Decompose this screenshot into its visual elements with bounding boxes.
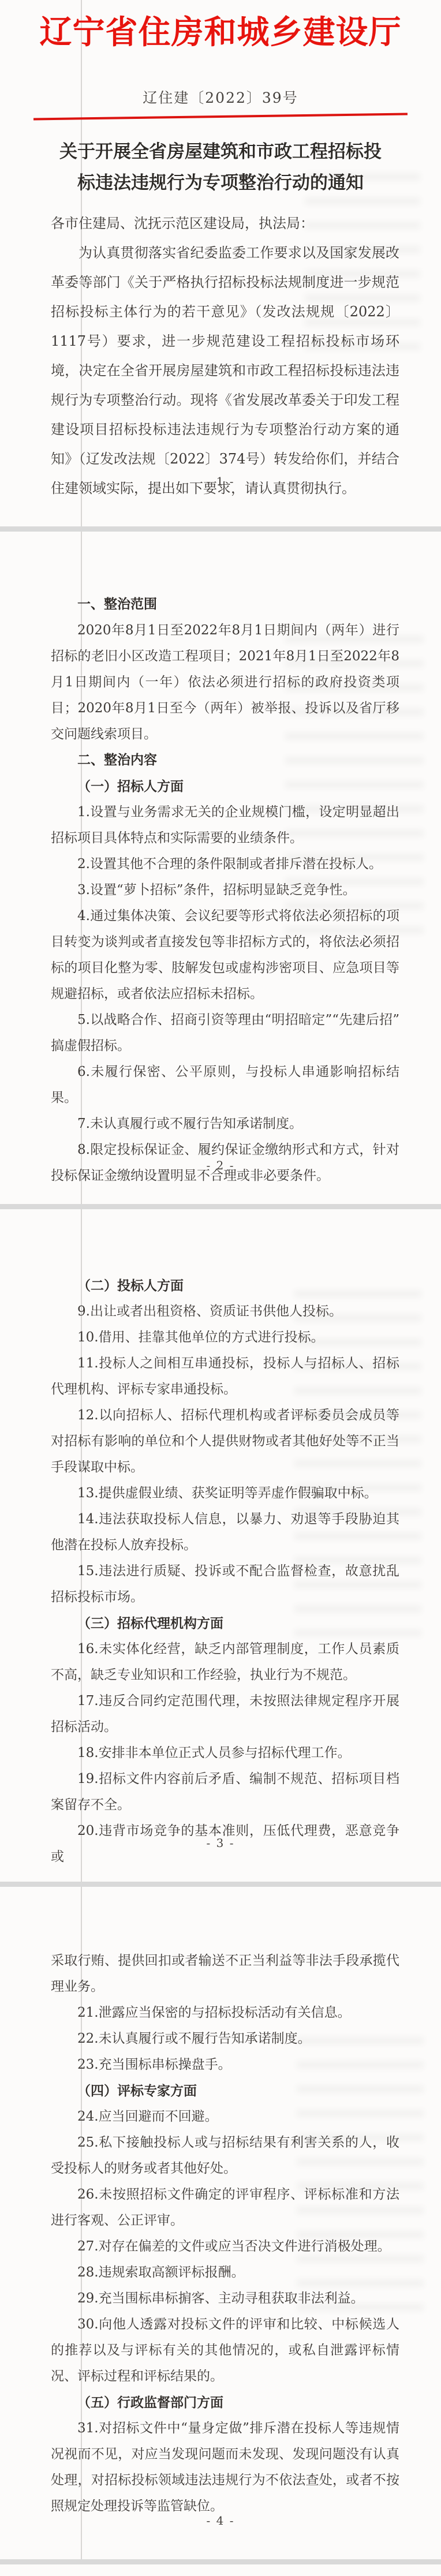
section-heading: （一）招标人方面 [51,773,399,799]
paragraph: 11.投标人之间相互串通投标，投标人与招标人、招标代理机构、评标专家串通投标。 [51,1351,399,1403]
paragraph: 17.违反合同约定范围代理，未按照法律规定程序开展招标活动。 [51,1688,399,1740]
paragraph: 28.违规索取高额评标报酬。 [51,2260,399,2286]
section-heading: 一、整治范围 [51,592,399,618]
paragraph: 13.提供虚假业绩、获奖证明等弄虚作假骗取中标。 [51,1480,399,1506]
page-number: - 1 - [0,474,441,488]
page-gap [0,1204,441,1209]
paragraph: 7.未认真履行或不履行告知承诺制度。 [51,1111,399,1137]
section-heading: （三）招标代理机构方面 [51,1610,399,1636]
paragraph: 27.对存在偏差的文件或应当否决文件进行消极处理。 [51,2234,399,2260]
paragraph: 3.设置“萝卜招标”条件，招标明显缺乏竞争性。 [51,877,399,903]
paragraph: 30.向他人透露对投标文件的评审和比较、中标候选人的推荐以及与评标有关的其他情况… [51,2312,399,2390]
paragraph: 6.未履行保密、公平原则，与投标人串通影响招标结果。 [51,1059,399,1111]
page-gap [0,2559,441,2564]
section-heading: （二）投标人方面 [51,1273,399,1299]
paragraph: 10.借用、挂靠其他单位的方式进行投标。 [51,1325,399,1351]
page-3: （二）投标人方面9.出让或者出租资格、资质证书供他人投标。10.借用、挂靠其他单… [0,1209,441,1882]
page-4: 采取行贿、提供回扣或者输送不正当利益等非法手段承揽代理业务。21.泄露应当保密的… [0,1887,441,2559]
document-title-line-1: 关于开展全省房屋建筑和市政工程招标投 [59,141,382,162]
paragraph: 采取行贿、提供回扣或者输送不正当利益等非法手段承揽代理业务。 [51,1948,399,2000]
paragraph: 为认真贯彻落实省纪委监委工作要求以及国家发展改革委等部门《关于严格执行招标投标法… [51,238,399,503]
paragraph: 29.充当围标串标掮客、主动寻租获取非法利益。 [51,2286,399,2312]
page-number: - 2 - [0,1158,441,1172]
page-5-top-edge [0,2564,441,2576]
agency-header: 辽宁省住房和城乡建设厅 [0,7,441,53]
page-1: 辽宁省住房和城乡建设厅 辽住建〔2022〕39号 关于开展全省房屋建筑和市政工程… [0,0,441,526]
paragraph: 31.对招标文件中“量身定做”排斥潜在投标人等违规情况视而不见，对应当发现问题而… [51,2416,399,2519]
page-2-body: 一、整治范围2020年8月1日至2022年8月1日期间内（两年）进行招标的老旧小… [51,592,399,1189]
doc-number: 辽住建〔2022〕39号 [0,87,441,107]
paragraph: 23.充当围标串标操盘手。 [51,2052,399,2078]
section-heading: （五）行政监督部门方面 [51,2390,399,2416]
paragraph: 21.泄露应当保密的与招标投标活动有关信息。 [51,2000,399,2026]
paragraph: 15.违法进行质疑、投诉或不配合监督检查，故意扰乱招标投标市场。 [51,1558,399,1610]
page-2: 一、整治范围2020年8月1日至2022年8月1日期间内（两年）进行招标的老旧小… [0,532,441,1204]
paragraph: 18.安排非本单位正式人员参与招标代理工作。 [51,1740,399,1766]
red-divider-line [33,113,408,120]
paragraph: 14.违法获取投标人信息，以暴力、劝退等手段胁迫其他潜在投标人放弃投标。 [51,1506,399,1558]
page-1-body: 各市住建局、沈抚示范区建设局，执法局：为认真贯彻落实省纪委监委工作要求以及国家发… [51,209,399,503]
page-number: - 4 - [0,2514,441,2528]
paragraph: 22.未认真履行或不履行告知承诺制度。 [51,2026,399,2052]
paragraph: 2020年8月1日至2022年8月1日期间内（两年）进行招标的老旧小区改造工程项… [51,618,399,747]
section-heading: 二、整治内容 [51,747,399,773]
paragraph: 25.私下接触投标人或与招标结果有利害关系的人，收受投标人的财务或者其他好处。 [51,2130,399,2182]
paragraph: 5.以战略合作、招商引资等理由“明招暗定”“先建后招”搞虚假招标。 [51,1007,399,1059]
page-gap [0,1882,441,1887]
paragraph: 16.未实体化经营，缺乏内部管理制度，工作人员素质不高，缺乏专业知识和工作经验，… [51,1636,399,1688]
page-gap [0,526,441,532]
page-3-body: （二）投标人方面9.出让或者出租资格、资质证书供他人投标。10.借用、挂靠其他单… [51,1273,399,1870]
document-title: 关于开展全省房屋建筑和市政工程招标投 标违法违规行为专项整治行动的通知 [17,136,424,199]
paragraph: 1.设置与业务需求无关的企业规模门槛，设定明显超出招标项目具体特点和实际需要的业… [51,799,399,851]
paragraph: 12.以向招标人、招标代理机构或者评标委员会成员等对招标有影响的单位和个人提供财… [51,1403,399,1480]
paragraph: 4.通过集体决策、会议纪要等形式将依法必须招标的项目转变为谈判或者直接发包等非招… [51,903,399,1007]
paragraph: 19.招标文件内容前后矛盾、编制不规范、招标项目档案留存不全。 [51,1766,399,1818]
paragraph: 2.设置其他不合理的条件限制或者排斥潜在投标人。 [51,851,399,877]
document-title-line-2: 标违法违规行为专项整治行动的通知 [77,173,364,193]
page-number: - 3 - [0,1836,441,1850]
page-4-body: 采取行贿、提供回扣或者输送不正当利益等非法手段承揽代理业务。21.泄露应当保密的… [51,1948,399,2519]
paragraph: 26.未按照招标文件确定的评审程序、评标标准和方法进行客观、公正评审。 [51,2182,399,2234]
paragraph: 各市住建局、沈抚示范区建设局，执法局： [51,209,399,238]
section-heading: （四）评标专家方面 [51,2078,399,2104]
scanned-document-view: 辽宁省住房和城乡建设厅 辽住建〔2022〕39号 关于开展全省房屋建筑和市政工程… [0,0,441,2576]
paragraph: 9.出让或者出租资格、资质证书供他人投标。 [51,1299,399,1325]
paragraph: 24.应当回避而不回避。 [51,2104,399,2130]
